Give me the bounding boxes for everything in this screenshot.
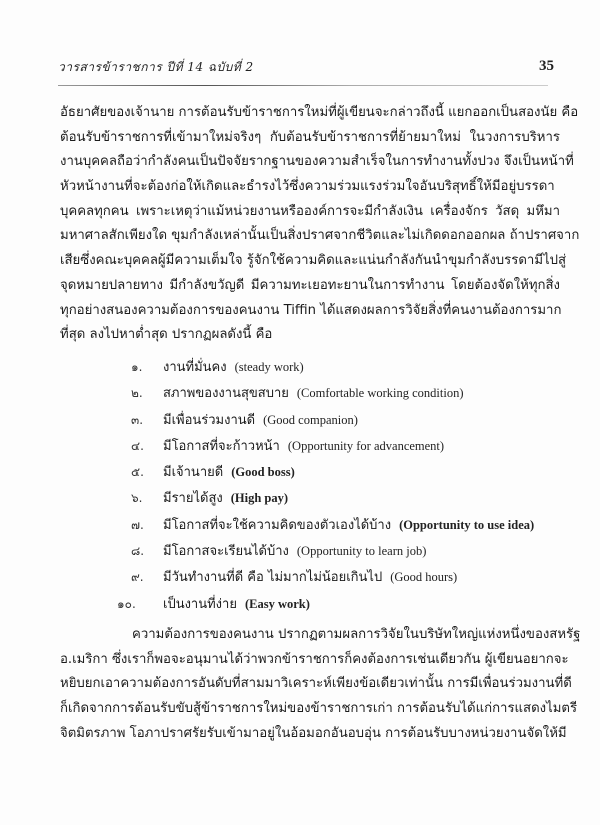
list-item: ๔.มีโอกาสที่จะก้าวหน้า(Opportunity for a… [131,435,571,461]
item-number: ๔. [131,435,163,457]
list-item: ๖.มีรายได้สูง(High pay) [131,487,571,513]
item-english: (Opportunity to learn job) [297,544,427,558]
item-english: (Good boss) [231,465,295,479]
text-line: ต้อนรับข้าราชการที่เข้ามาใหม่จริงๆ กับต้… [60,126,560,151]
text-line: ทุกอย่างสนองความต้องการของคนงาน Tiffin ไ… [60,299,560,324]
text-line: ความต้องการของคนงาน ปรากฏตามผลการวิจัยใน… [60,623,560,648]
text-line: ก็เกิดจากการต้อนรับขับสู้ข้าราชการใหม่ขอ… [60,697,560,722]
item-thai: มีเพื่อนร่วมงานดี [163,413,255,428]
item-thai: มีรายได้สูง [163,491,223,506]
item-thai: มีโอกาสจะเรียนได้บ้าง [163,544,289,559]
text-line: เสียซึ่งคณะบุคคลผู้มีความเต็มใจ รู้จักใช… [60,249,560,274]
text-line: หยิบยกเอาความต้องการอันดับที่สามมาวิเครา… [60,672,560,697]
item-number: ๓. [131,409,163,431]
item-number: ๘. [131,540,163,562]
item-number: ๖. [131,487,163,509]
text-line: มหาศาลสักเพียงใด ขุมกำลังเหล่านั้นเป็นสิ… [60,224,560,249]
text-line: อ.เมริกา ซึ่งเราก็พอจะอนุมานได้ว่าพวกข้า… [60,648,560,673]
item-thai: สภาพของงานสุขสบาย [163,386,289,401]
running-header: วารสารข้าราชการ ปีที่ 14 ฉบับที่ 2 35 [58,58,548,78]
item-number: ๕. [131,461,163,483]
list-item: ๑๐.เป็นงานที่ง่าย(Easy work) [131,593,571,619]
document-page: วารสารข้าราชการ ปีที่ 14 ฉบับที่ 2 35 อั… [0,0,600,825]
item-number: ๑. [131,356,163,378]
journal-title: วารสารข้าราชการ ปีที่ 14 ฉบับที่ 2 [58,58,254,77]
item-english: (Opportunity for advancement) [288,439,444,453]
needs-list: ๑.งานที่มั่นคง(steady work) ๒.สภาพของงาน… [131,356,571,619]
list-item: ๗.มีโอกาสที่จะใช้ความคิดของตัวเองได้บ้าง… [131,514,571,540]
text-line: บุคคลทุกคน เพราะเหตุว่าแม้หน่วยงานหรืออง… [60,200,560,225]
text-line: ที่สุด ลงไปหาต่ำสุด ปรากฏผลดังนี้ คือ [60,323,560,348]
item-english: (Good hours) [390,570,457,584]
item-number: ๒. [131,382,163,404]
list-item: ๒.สภาพของงานสุขสบาย(Comfortable working … [131,382,571,408]
paragraph-1: อัธยาศัยของเจ้านาย การต้อนรับข้าราชการให… [60,101,560,348]
page-number: 35 [539,58,554,75]
list-item: ๑.งานที่มั่นคง(steady work) [131,356,571,382]
item-english: (High pay) [231,491,288,505]
item-thai: มีวันทำงานที่ดี คือ ไม่มากไม่น้อยเกินไป [163,570,382,585]
paragraph-2: ความต้องการของคนงาน ปรากฏตามผลการวิจัยใน… [60,623,560,746]
text-line: อัธยาศัยของเจ้านาย การต้อนรับข้าราชการให… [60,101,560,126]
item-thai: มีโอกาสที่จะก้าวหน้า [163,439,280,454]
text-line: จุดหมายปลายทาง มีกำลังขวัญดี มีความทะเยอ… [60,274,560,299]
header-rule [58,85,548,86]
item-number: ๙. [131,566,163,588]
item-english: (Easy work) [245,597,310,611]
list-item: ๓.มีเพื่อนร่วมงานดี(Good companion) [131,409,571,435]
list-item: ๕.มีเจ้านายดี(Good boss) [131,461,571,487]
text-line: หัวหน้างานที่จะต้องก่อให้เกิดและธำรงไว้ซ… [60,175,560,200]
item-thai: มีเจ้านายดี [163,465,223,480]
list-item: ๙.มีวันทำงานที่ดี คือ ไม่มากไม่น้อยเกินไ… [131,566,571,592]
item-english: (Good companion) [263,413,358,427]
item-number: ๗. [131,514,163,536]
item-thai: มีโอกาสที่จะใช้ความคิดของตัวเองได้บ้าง [163,518,391,533]
item-thai: งานที่มั่นคง [163,360,227,375]
text-line: งานบุคคลถือว่ากำลังคนเป็นปัจจัยรากฐานของ… [60,150,560,175]
item-english: (Opportunity to use idea) [399,518,534,532]
item-number: ๑๐. [117,593,163,615]
item-english: (Comfortable working condition) [297,386,464,400]
list-item: ๘.มีโอกาสจะเรียนได้บ้าง(Opportunity to l… [131,540,571,566]
item-thai: เป็นงานที่ง่าย [163,597,237,612]
item-english: (steady work) [235,360,304,374]
text-line: จิตมิตรภาพ โอภาปราศรัยรับเข้ามาอยู่ในอ้อ… [60,722,560,747]
